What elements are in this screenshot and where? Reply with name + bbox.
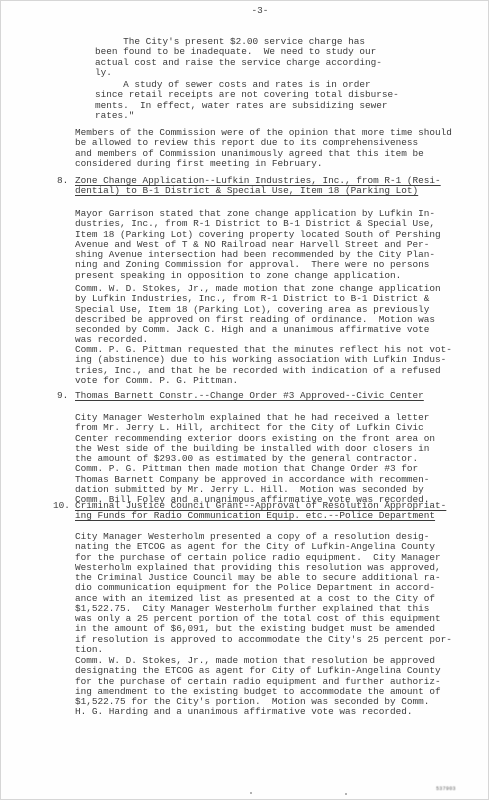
item-9-paragraph-1: City Manager Westerholm explained that h…	[75, 413, 435, 505]
item-8-paragraph-3: Comm. P. G. Pittman requested that the m…	[75, 345, 452, 386]
item-8-heading: Zone Change Application--Lufkin Industri…	[75, 176, 441, 197]
scanned-minutes-page: -3- The City's present $2.00 service cha…	[0, 0, 489, 800]
item-8-number: 8.	[57, 176, 68, 186]
item-10-paragraph-1: City Manager Westerholm presented a copy…	[75, 532, 452, 655]
item-9-heading: Thomas Barnett Constr.--Change Order #3 …	[75, 391, 424, 401]
blockquote-paragraph-1: The City's present $2.00 service charge …	[95, 37, 382, 78]
item-8-paragraph-2: Comm. W. D. Stokes, Jr., made motion tha…	[75, 284, 441, 346]
page-content: -3- The City's present $2.00 service cha…	[0, 0, 489, 800]
item-9-number: 9.	[57, 391, 68, 401]
item-10-heading: Criminal Justice Council Grant--Approval…	[75, 501, 446, 522]
item-8-paragraph-1: Mayor Garrison stated that zone change a…	[75, 209, 441, 281]
blockquote-paragraph-2: A study of sewer costs and rates is in o…	[95, 80, 399, 121]
scan-speck	[250, 792, 252, 794]
item-10-number: 10.	[53, 501, 70, 511]
page-number: -3-	[75, 6, 445, 16]
members-paragraph: Members of the Commission were of the op…	[75, 128, 452, 169]
scan-speck	[345, 793, 347, 795]
item-10-paragraph-2: Comm. W. D. Stokes, Jr., made motion tha…	[75, 656, 441, 718]
scan-serial-mark: 537903	[436, 786, 456, 792]
